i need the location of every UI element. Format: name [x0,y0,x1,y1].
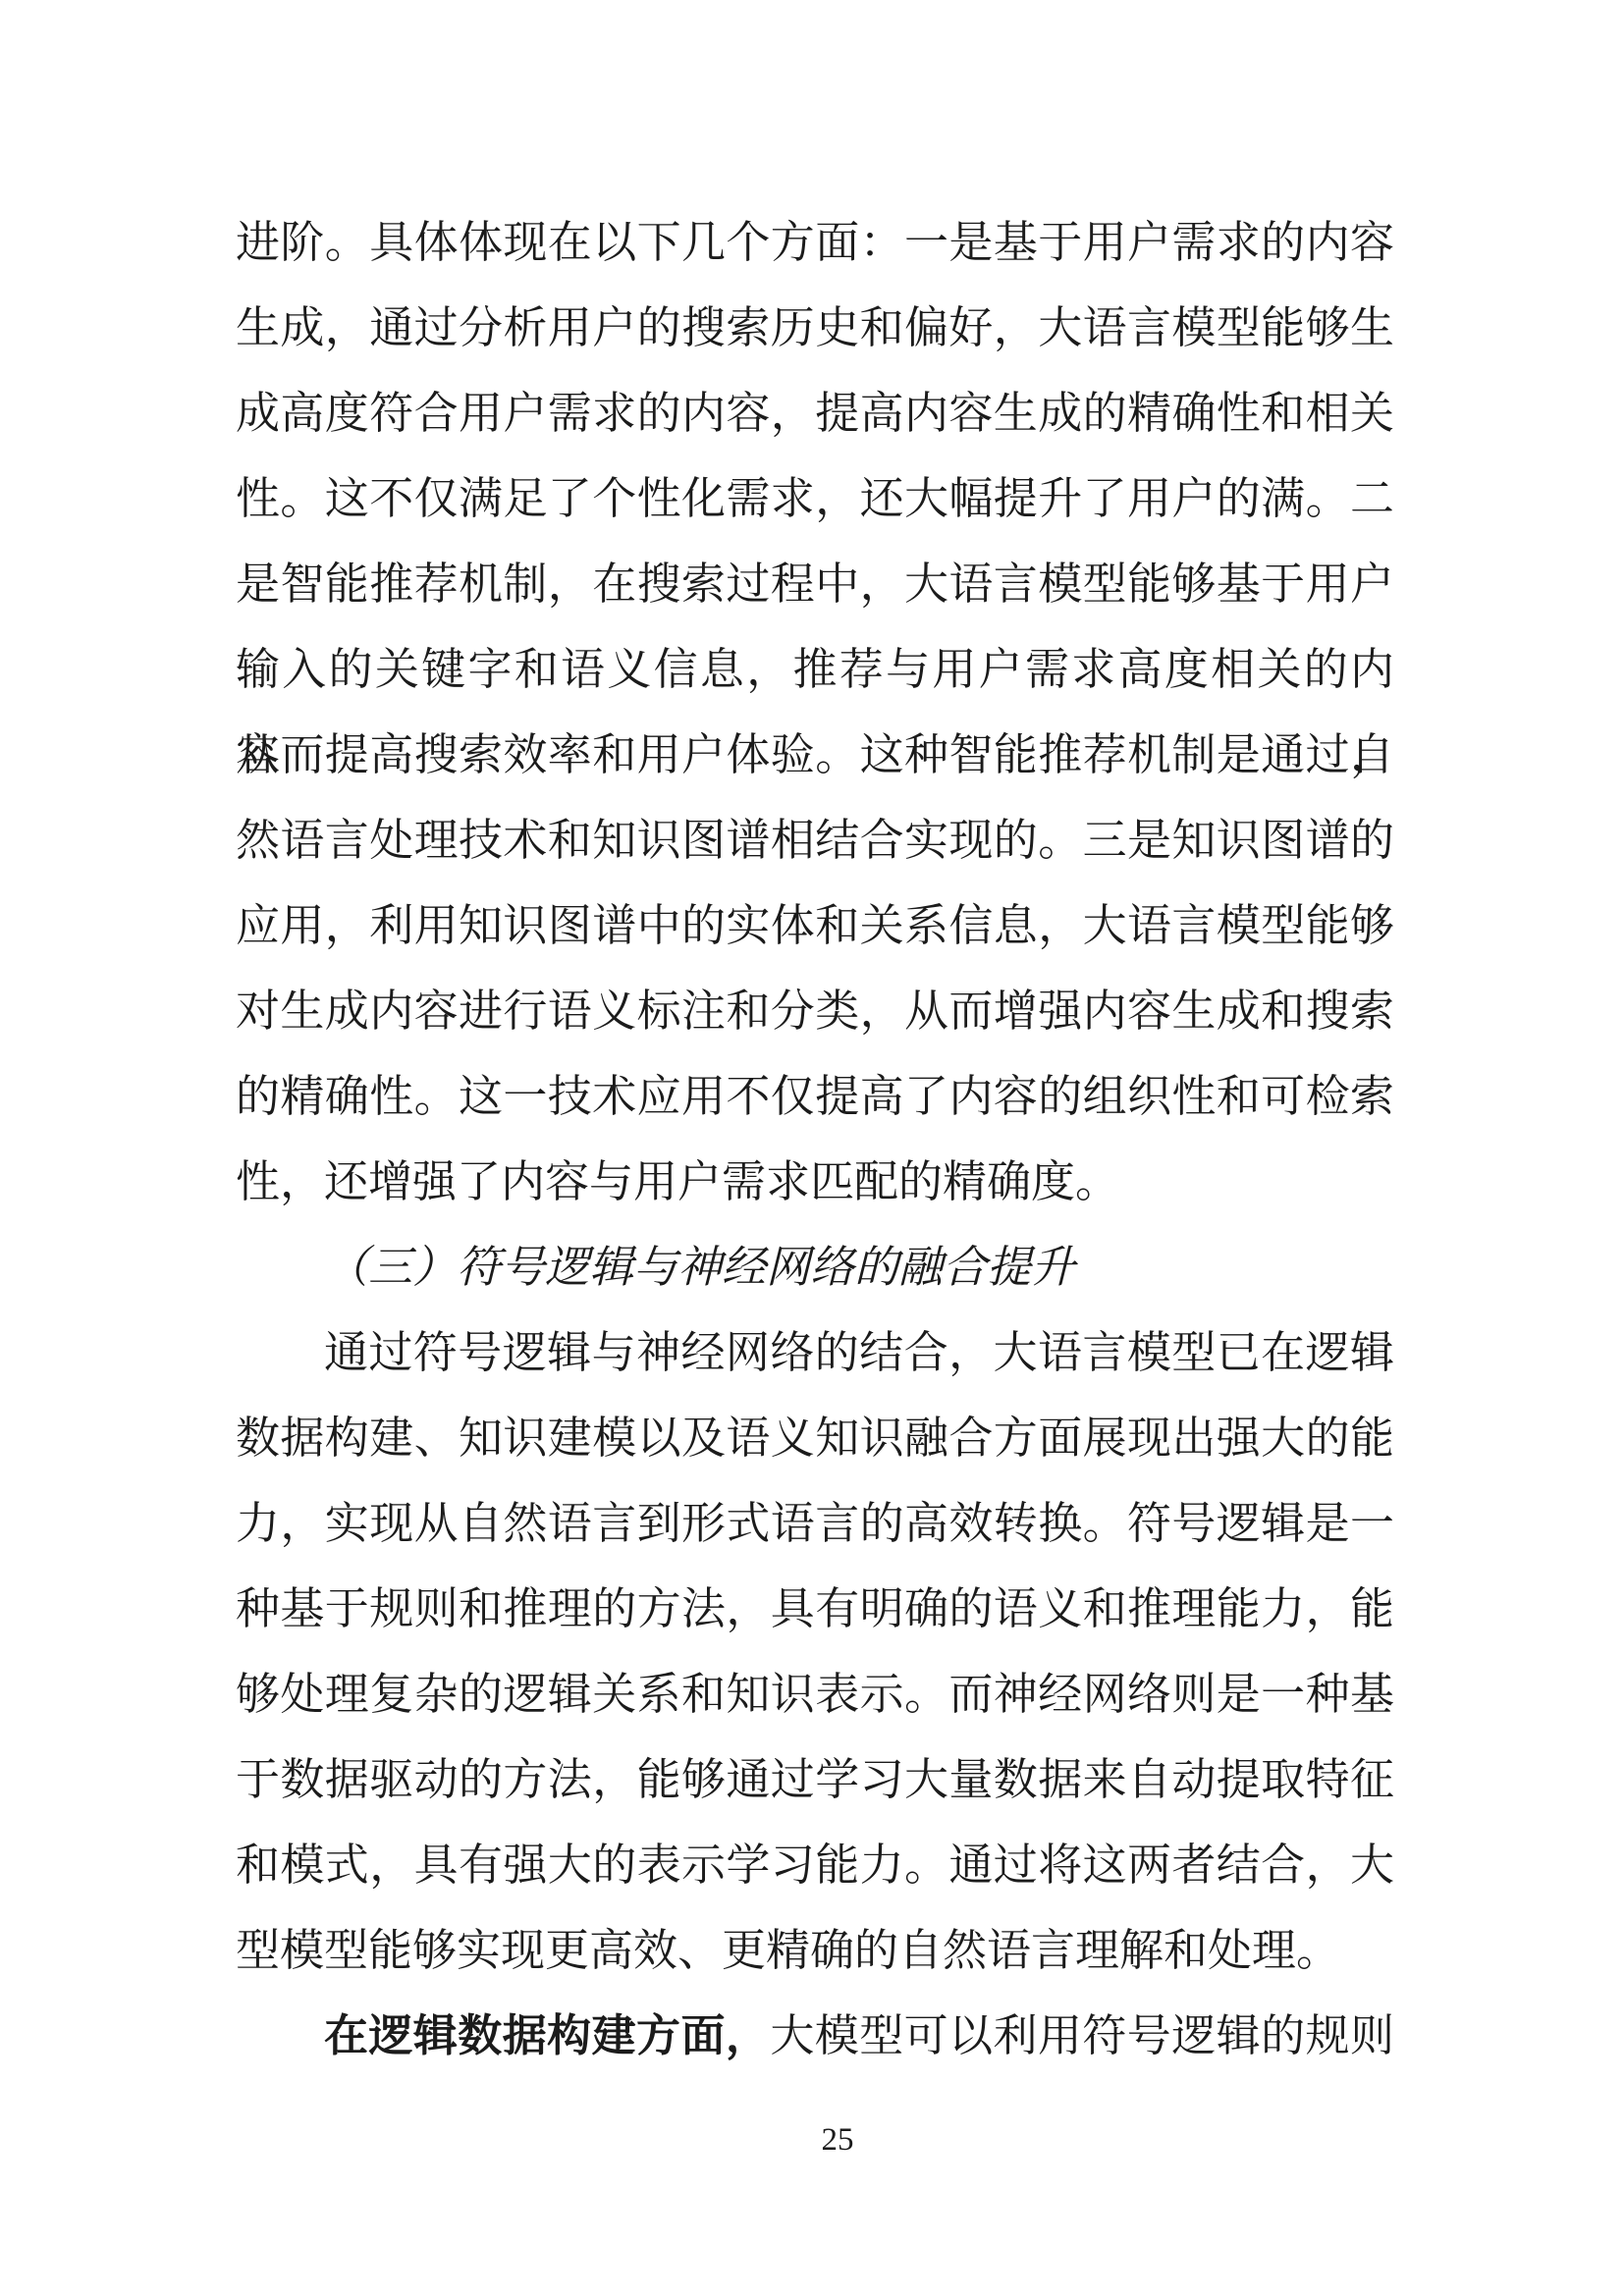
text-line: 性，还增强了内容与用户需求匹配的精确度。 [236,1140,1394,1225]
text-line: 的精确性。这一技术应用不仅提高了内容的组织性和可检索 [236,1054,1394,1140]
text-line: 是智能推荐机制，在搜索过程中，大语言模型能够基于用户 [236,542,1394,627]
text-line: 进阶。具体体现在以下几个方面：一是基于用户需求的内容 [236,200,1394,286]
text-line: 在逻辑数据构建方面，大模型可以利用符号逻辑的规则 [236,1994,1394,2079]
text-line: 输入的关键字和语义信息，推荐与用户需求高度相关的内容， [236,627,1394,713]
text-line: 生成，通过分析用户的搜索历史和偏好，大语言模型能够生 [236,286,1394,371]
text-run: 大模型可以利用符号逻辑的规则 [770,2011,1394,2060]
section-heading: （三）符号逻辑与神经网络的融合提升 [236,1225,1394,1310]
text-line: 从而提高搜索效率和用户体验。这种智能推荐机制是通过自 [236,713,1394,798]
text-line: 种基于规则和推理的方法，具有明确的语义和推理能力，能 [236,1567,1394,1652]
document-body: 进阶。具体体现在以下几个方面：一是基于用户需求的内容生成，通过分析用户的搜索历史… [236,200,1394,2079]
text-line: 于数据驱动的方法，能够通过学习大量数据来自动提取特征 [236,1737,1394,1823]
text-line: 应用，利用知识图谱中的实体和关系信息，大语言模型能够 [236,883,1394,969]
text-line: 成高度符合用户需求的内容，提高内容生成的精确性和相关 [236,371,1394,456]
bold-text-run: 在逻辑数据构建方面， [324,2011,770,2060]
document-page: 进阶。具体体现在以下几个方面：一是基于用户需求的内容生成，通过分析用户的搜索历史… [0,0,1624,2296]
text-line: 然语言处理技术和知识图谱相结合实现的。三是知识图谱的 [236,798,1394,883]
text-line: 力，实现从自然语言到形式语言的高效转换。符号逻辑是一 [236,1481,1394,1567]
text-line: 数据构建、知识建模以及语义知识融合方面展现出强大的能 [236,1396,1394,1481]
page-number: 25 [822,2122,854,2158]
text-line: 性。这不仅满足了个性化需求，还大幅提升了用户的满。二 [236,456,1394,542]
text-line: 和模式，具有强大的表示学习能力。通过将这两者结合，大 [236,1823,1394,1908]
text-line: 通过符号逻辑与神经网络的结合，大语言模型已在逻辑 [236,1310,1394,1396]
text-line: 够处理复杂的逻辑关系和知识表示。而神经网络则是一种基 [236,1652,1394,1737]
text-line: 对生成内容进行语义标注和分类，从而增强内容生成和搜索 [236,969,1394,1054]
text-line: 型模型能够实现更高效、更精确的自然语言理解和处理。 [236,1908,1394,1994]
